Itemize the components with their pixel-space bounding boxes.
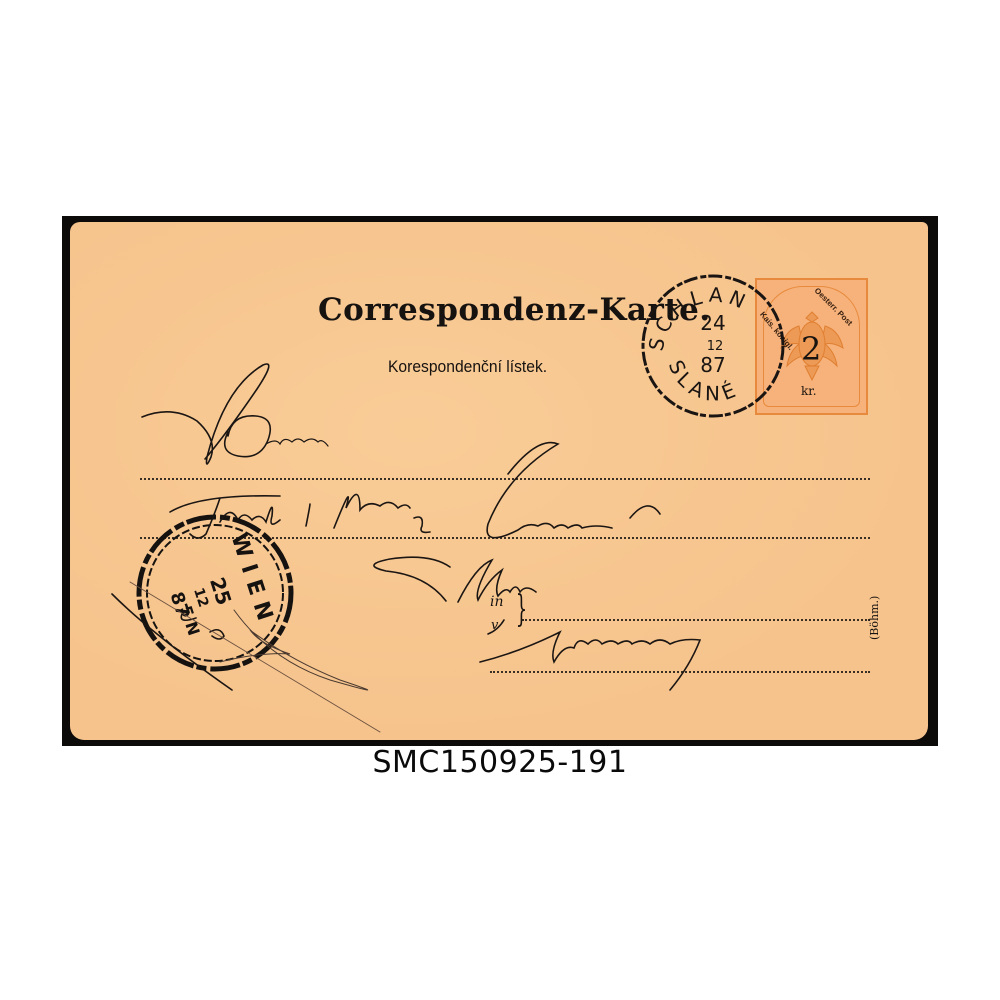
postmark-wien: WIEN 25 12 87 5 N <box>134 512 296 674</box>
postmark-1-month: 12 <box>707 339 724 354</box>
address-brace: } <box>516 592 527 628</box>
stamp-value: 2 <box>801 330 821 368</box>
postmark-1-day: 24 <box>700 311 725 335</box>
postmark-1-town: SCHLAN <box>644 282 754 352</box>
region-note: (Böhm.) <box>868 596 881 640</box>
stamp-unit: kr. <box>801 384 817 398</box>
postmark-schlan: SCHLAN SLANÉ 24 12 87 <box>639 272 787 420</box>
svg-text:SCHLAN: SCHLAN <box>644 282 754 352</box>
card-subheading: Korespondenční lístek. <box>388 357 547 377</box>
address-v-label: v <box>491 618 498 633</box>
address-line-4 <box>490 671 870 673</box>
address-line-3 <box>522 619 870 621</box>
address-in-label: in <box>490 594 504 610</box>
reference-code: SMC150925-191 <box>0 745 1000 780</box>
postmark-1-year: 87 <box>700 353 725 377</box>
postmark-2-time: 5 N <box>176 603 203 637</box>
address-line-1 <box>140 478 870 480</box>
